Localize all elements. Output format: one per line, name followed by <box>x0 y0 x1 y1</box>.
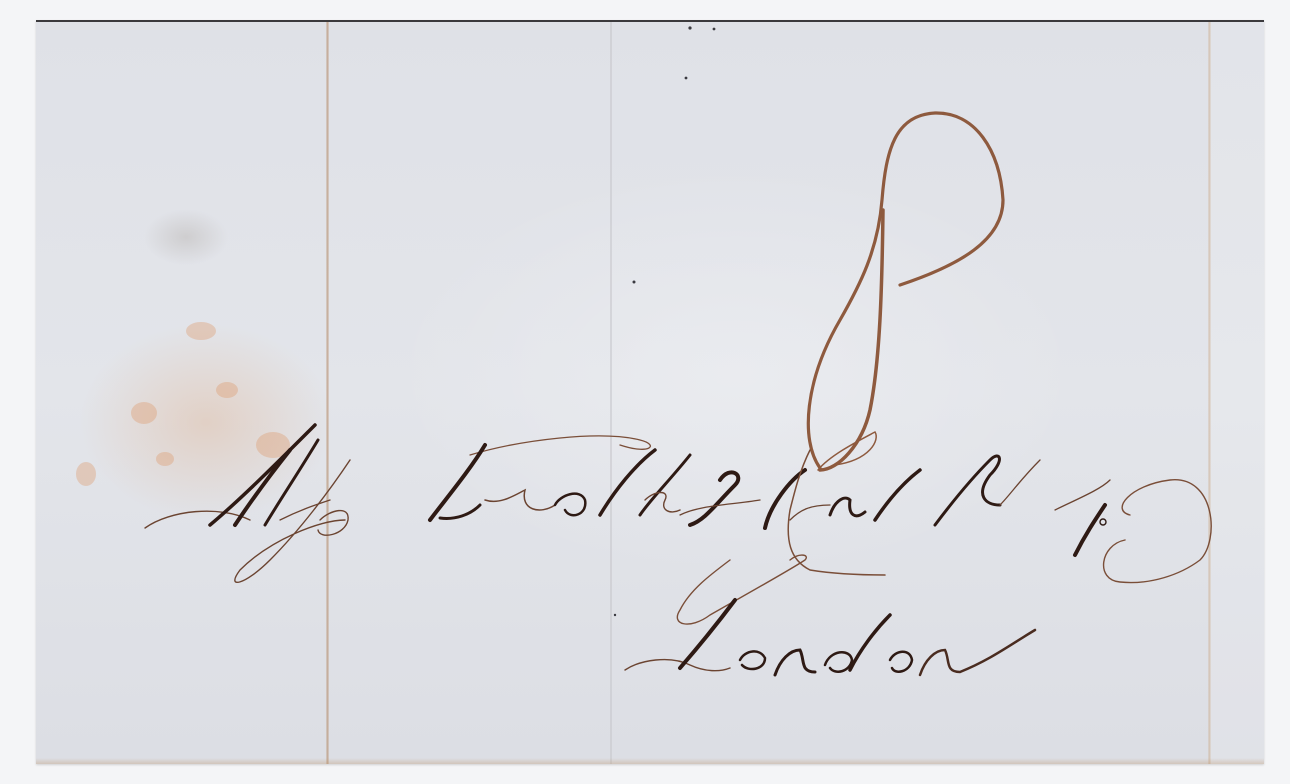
handwriting-ampersand <box>680 472 760 525</box>
handwriting-fredk <box>430 436 690 520</box>
handwriting <box>0 0 1290 784</box>
handwriting-messrs <box>145 425 350 582</box>
handwriting-and-co <box>1055 480 1211 583</box>
ink-specks <box>614 26 716 616</box>
rate-marking-8 <box>808 113 1003 470</box>
